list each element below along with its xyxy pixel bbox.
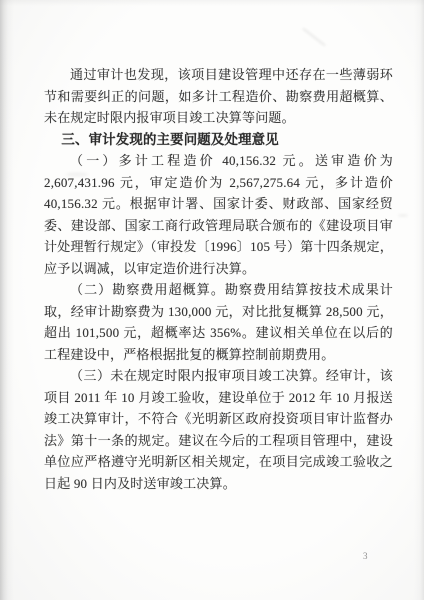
scanned-document-page: 通过审计也发现，该项目建设管理中还存在一些薄弱环节和需要纠正的问题，如多计工程造… xyxy=(0,0,424,600)
scan-artifact xyxy=(398,214,408,217)
scan-edge-shadow-left xyxy=(0,0,14,600)
intro-paragraph: 通过审计也发现，该项目建设管理中还存在一些薄弱环节和需要纠正的问题，如多计工程造… xyxy=(44,64,393,129)
page-number: 3 xyxy=(363,551,368,561)
finding-paragraph-3: （三）未在规定时限内报审项目竣工决算。经审计，该项目 2011 年 10 月竣工… xyxy=(44,365,393,494)
document-body: 通过审计也发现，该项目建设管理中还存在一些薄弱环节和需要纠正的问题，如多计工程造… xyxy=(44,64,393,494)
section-heading: 三、审计发现的主要问题及处理意见 xyxy=(44,129,393,151)
scan-edge-shadow-top xyxy=(0,0,424,6)
scan-artifact xyxy=(302,28,325,47)
finding-paragraph-2: （二）勘察费用超概算。勘察费用结算按技术成果计取，经审计勘察费为 130,000… xyxy=(44,279,393,365)
finding-paragraph-1: （一）多计工程造价 40,156.32 元。送审造价为 2,607,431.96… xyxy=(44,150,393,279)
scan-edge-shadow-right xyxy=(414,0,424,600)
